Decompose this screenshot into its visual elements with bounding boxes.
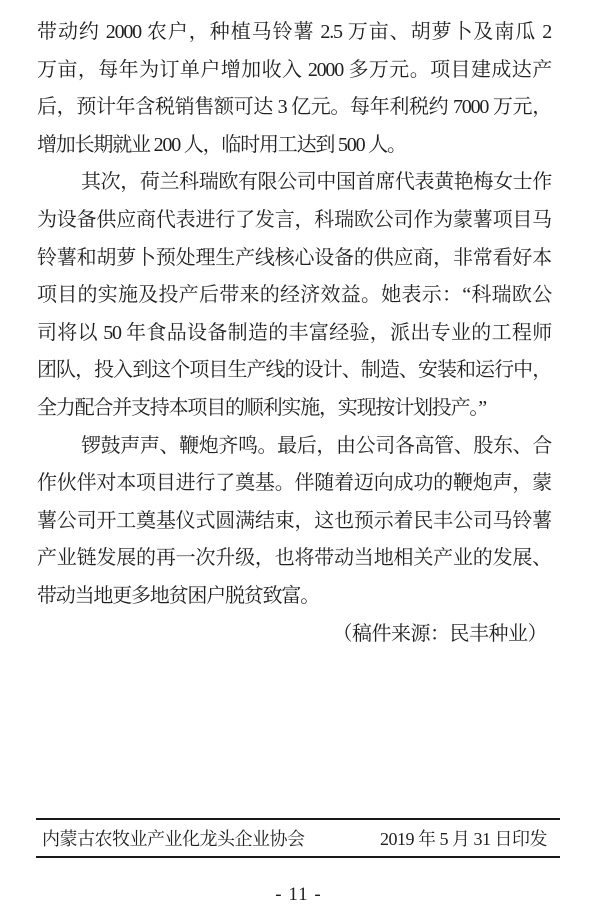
paragraph-line: 增加长期就业 200 人，临时用工达到 500 人。 [37, 127, 551, 165]
text-block: 带动约 2000 农户，种植马铃薯 2.5 万亩、胡萝卜及南瓜 2万亩，每年为订… [37, 14, 551, 653]
paragraph-line: 其次，荷兰科瑞欧有限公司中国首席代表黄艳梅女士作 [37, 164, 551, 202]
paragraph-line: 后，预计年含税销售额可达 3 亿元。每年利税约 7000 万元， [37, 89, 551, 127]
footer-row: 内蒙古农牧业产业化龙头企业协会 2019 年 5 月 31 日印发 [36, 820, 560, 856]
paragraph-line: 薯公司开工奠基仪式圆满结束，这也预示着民丰公司马铃薯 [37, 503, 551, 541]
paragraph-line: 为设备供应商代表进行了发言，科瑞欧公司作为蒙薯项目马 [37, 202, 551, 240]
paragraph-line: 团队，投入到这个项目生产线的设计、制造、安装和运行中， [37, 352, 551, 390]
paragraph-line: 全力配合并支持本项目的顺利实施，实现按计划投产。” [37, 390, 551, 428]
paragraph-line: 司将以 50 年食品设备制造的丰富经验，派出专业的工程师 [37, 315, 551, 353]
page-number: - 11 - [0, 884, 597, 906]
paragraph-line: 产业链发展的再一次升级，也将带动当地相关产业的发展、 [37, 540, 551, 578]
document-page: 带动约 2000 农户，种植马铃薯 2.5 万亩、胡萝卜及南瓜 2万亩，每年为订… [0, 0, 597, 924]
footer-rule-bottom [36, 856, 560, 858]
print-date: 2019 年 5 月 31 日印发 [380, 825, 547, 851]
paragraph-line: 锣鼓声声、鞭炮齐鸣。最后，由公司各高管、股东、合 [37, 428, 551, 466]
issuer-name: 内蒙古农牧业产业化龙头企业协会 [42, 825, 305, 851]
paragraph-line: 万亩，每年为订单户增加收入 2000 多万元。项目建成达产 [37, 52, 551, 90]
paragraph-line: 带动约 2000 农户，种植马铃薯 2.5 万亩、胡萝卜及南瓜 2 [37, 14, 551, 52]
footer: 内蒙古农牧业产业化龙头企业协会 2019 年 5 月 31 日印发 [36, 818, 560, 858]
paragraph-line: 作伙伴对本项目进行了奠基。伴随着迈向成功的鞭炮声，蒙 [37, 465, 551, 503]
source-line: （稿件来源：民丰种业） [37, 616, 551, 654]
paragraph-line: 铃薯和胡萝卜预处理生产线核心设备的供应商，非常看好本 [37, 240, 551, 278]
paragraph-line: 项目的实施及投产后带来的经济效益。她表示：“科瑞欧公 [37, 277, 551, 315]
document-body: 带动约 2000 农户，种植马铃薯 2.5 万亩、胡萝卜及南瓜 2万亩，每年为订… [37, 14, 551, 616]
paragraph-line: 带动当地更多地贫困户脱贫致富。 [37, 578, 551, 616]
